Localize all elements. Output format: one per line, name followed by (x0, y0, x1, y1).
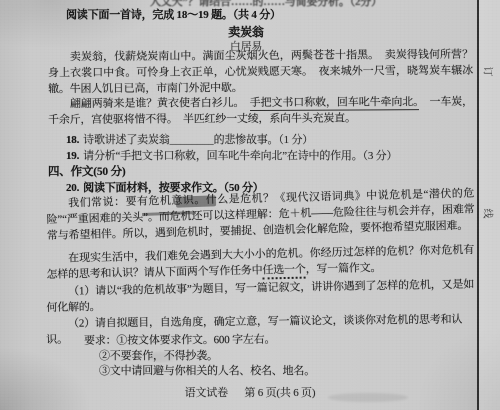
right-margin-strip (479, 0, 500, 410)
task-1: （1）请以“我的危机故事”为题目，写一篇记叙文，讲讲你遇到了怎样的危机，又是如何… (46, 277, 474, 316)
composition-prompt-post: ，写一篇作文。 (306, 262, 382, 276)
requirement-item-2: ②不要套作，不得抄袭。 (99, 348, 399, 364)
question-19-number: 19. (66, 150, 79, 162)
question-18-number: 18. (66, 134, 79, 146)
emphasis-phrase: 任选一个 (262, 264, 306, 280)
footer-paper-name: 语文试卷 (185, 387, 228, 399)
section-title-composition: 四、作文(50 分) (48, 164, 248, 180)
poem-stanza-2-pre: 翩翩两骑来是谁？黄衣使者白衫儿。 (70, 97, 250, 110)
exam-page: 人文天”？请结合……的……与简要分析。（2分） 阅读下面一首诗，完成 18～19… (0, 0, 500, 410)
question-18: 18.诗歌讲述了卖炭翁________的悲惨故事。（1 分） (66, 132, 466, 148)
question-20-number: 20. (66, 182, 79, 194)
question-18-pre: 诗歌讲述了卖炭翁 (83, 134, 169, 146)
binding-mark-xian: 线 (482, 207, 497, 221)
poem-stanza-2: 翩翩两骑来是谁？黄衣使者白衫儿。 手把文书口称敕，回车叱牛牵向北。 一车炭，千余… (48, 94, 473, 128)
requirement-1-text: ①按文体要求作文。600 字左右。 (116, 334, 275, 347)
requirement-item-1: 要求：①按文体要求作文。600 字左右。 (84, 331, 384, 349)
poem-title: 卖炭翁 (0, 24, 492, 40)
requirement-item-3: ③文中请回避与你相关的人名、校名、地名。 (99, 363, 419, 379)
poem-stanza-1: 卖炭翁，伐薪烧炭南山中。满面尘灰烟火色，两鬓苍苍十指黑。 卖炭得钱何所营？身上衣… (48, 47, 473, 98)
binding-rule (477, 0, 479, 410)
question-18-post: 的悲惨故事。（1 分） (214, 134, 314, 146)
page-footer: 语文试卷第 6 页(共 6 页) (0, 385, 500, 401)
question-19: 19.请分析“手把文书口称敕，回车叱牛牵向北”在诗中的作用。（3 分） (66, 148, 476, 164)
composition-material: 我们常说：要有危机意识。什么是危机？《现代汉语词典》中说危机是“潜伏的危险”“严… (46, 186, 475, 244)
question-19-text: 请分析“手把文书口称敕，回车叱牛牵向北”在诗中的作用。（3 分） (83, 150, 397, 162)
composition-prompt-pre: 在现实生活中，我们难免会遇到大大小小的危机。你经历过怎样的危机？你对危机有怎样的… (46, 244, 474, 281)
question-18-blank: ________ (170, 134, 214, 146)
poem-underlined-phrase: 手把文书口称敕，回车叱牛牵向北。 (250, 96, 419, 110)
binding-mark-ding: 订 (482, 65, 497, 79)
reading-instruction: 阅读下面一首诗，完成 18～19 题。（共 4 分） (66, 7, 426, 23)
footer-page-number: 第 6 页(共 6 页) (244, 387, 315, 399)
requirements-label: 要求： (84, 335, 116, 347)
